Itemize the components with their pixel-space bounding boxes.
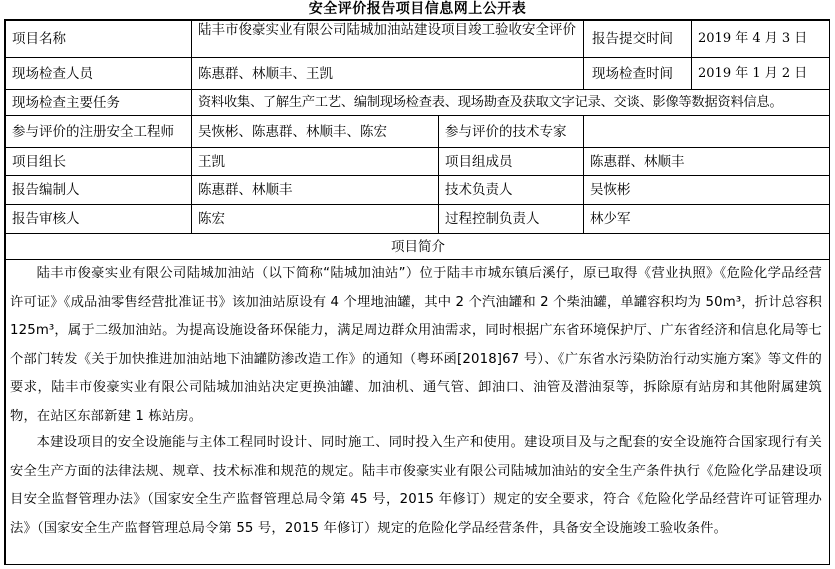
value-report-reviewer: 陈宏	[192, 205, 438, 233]
value-team-members: 陈惠群、林顺丰	[584, 148, 830, 175]
label-inspection-tasks: 现场检查主要任务	[6, 90, 191, 115]
label-report-reviewer: 报告审核人	[6, 205, 191, 233]
summary-heading: 项目简介	[6, 234, 830, 259]
label-project-name: 项目名称	[6, 21, 191, 57]
value-report-author: 陈惠群、林顺丰	[192, 176, 438, 204]
value-team-leader: 王凯	[192, 148, 438, 175]
summary-paragraph-1: 陆丰市俊豪实业有限公司陆城加油站（以下简称“陆城加油站”）位于陆丰市城东镇后溪仔…	[10, 260, 822, 431]
label-registered-engineers: 参与评价的注册安全工程师	[6, 116, 191, 147]
value-inspection-tasks: 资料收集、了解生产工艺、编制现场检查表、现场勘查及获取文字记录、交谈、影像等数据…	[192, 90, 830, 115]
value-technical-experts	[584, 116, 830, 147]
label-team-leader: 项目组长	[6, 148, 191, 175]
value-site-inspectors: 陈惠群、林顺丰、王凯	[192, 58, 583, 89]
label-team-members: 项目组成员	[439, 148, 583, 175]
document-title: 安全评价报告项目信息网上公开表	[0, 1, 835, 18]
label-technical-experts: 参与评价的技术专家	[439, 116, 583, 147]
label-site-inspection-time: 现场检查时间	[584, 58, 691, 89]
value-registered-engineers: 吴恢彬、陈惠群、林顺丰、陈宏	[192, 116, 438, 147]
label-report-submit-time: 报告提交时间	[584, 21, 691, 57]
label-technical-lead: 技术负责人	[439, 176, 583, 204]
label-process-control-lead: 过程控制负责人	[439, 205, 583, 233]
label-report-author: 报告编制人	[6, 176, 191, 204]
summary-paragraph-2: 本建设项目的安全设施能与主体工程同时设计、同时施工、同时投入生产和使用。建设项目…	[10, 429, 822, 543]
value-site-inspection-time: 2019 年 1 月 2 日	[692, 58, 830, 89]
label-site-inspectors: 现场检查人员	[6, 58, 191, 89]
value-report-submit-time: 2019 年 4 月 3 日	[692, 21, 830, 57]
value-technical-lead: 吴恢彬	[584, 176, 830, 204]
value-process-control-lead: 林少军	[584, 205, 830, 233]
value-project-name: 陆丰市俊豪实业有限公司陆城加油站建设项目竣工验收安全评价	[192, 21, 583, 57]
